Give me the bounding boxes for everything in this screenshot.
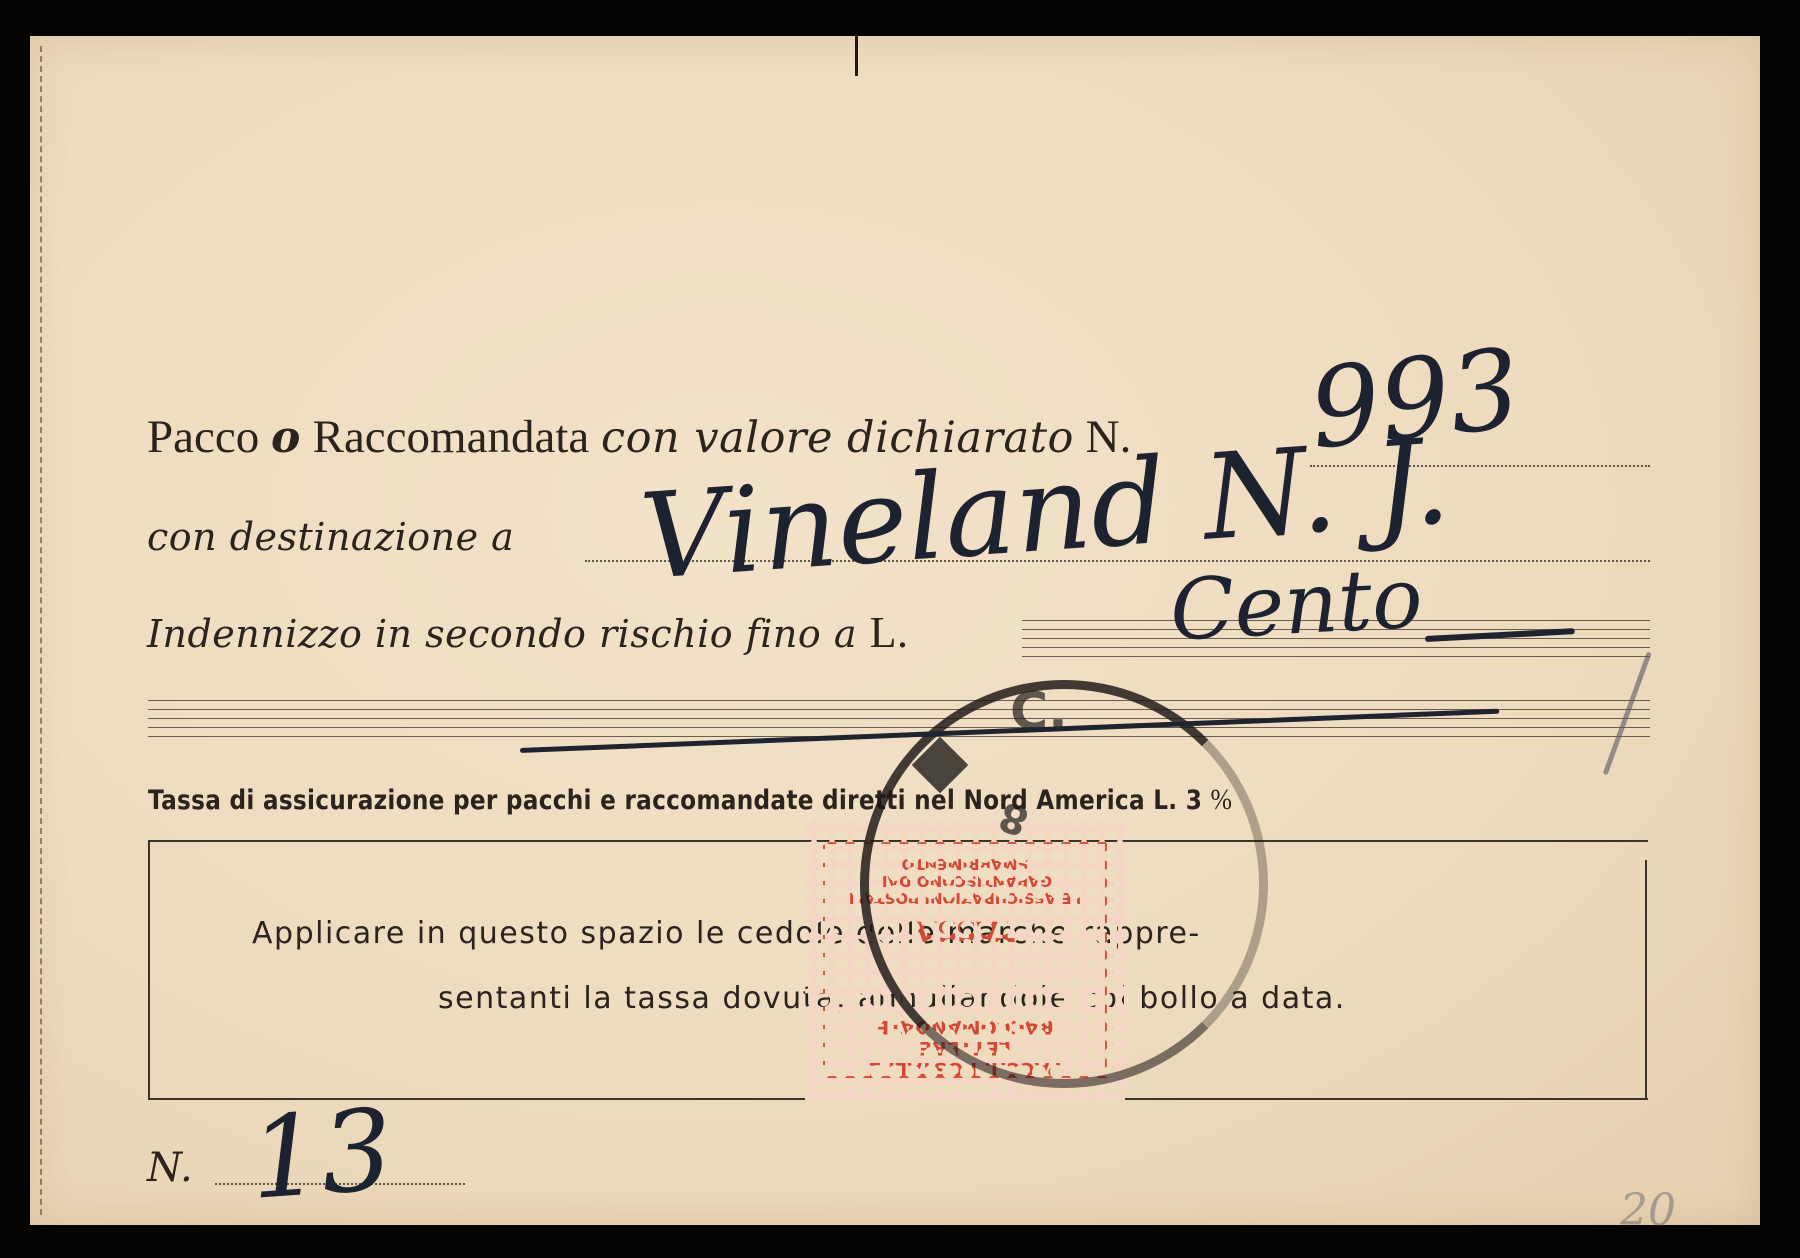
o-text: o [271, 412, 301, 463]
handwritten-indemnity: Cento [1168, 548, 1425, 659]
blank-ruled-lines [148, 700, 1650, 745]
lire-label: L. [870, 608, 909, 657]
destination-label: con destinazione a [147, 515, 514, 559]
indemnity-text: Indennizzo in secondo rischio fino a [147, 612, 857, 656]
box-right-border [1645, 860, 1647, 1100]
raccomandata-text: Raccomandata [313, 411, 590, 463]
paper-tear [855, 36, 858, 76]
postmark-text: C. [1010, 682, 1068, 742]
handwritten-receipt-number: 13 [246, 1085, 397, 1225]
receipt-number-label: N. [147, 1145, 193, 1191]
pencil-corner-note: 20 [1620, 1185, 1676, 1236]
box-left-border [148, 840, 150, 1098]
indemnity-label: Indennizzo in secondo rischio fino a L. [147, 607, 908, 658]
pacco-text: Pacco [147, 411, 259, 463]
perforation-edge [40, 46, 42, 1215]
